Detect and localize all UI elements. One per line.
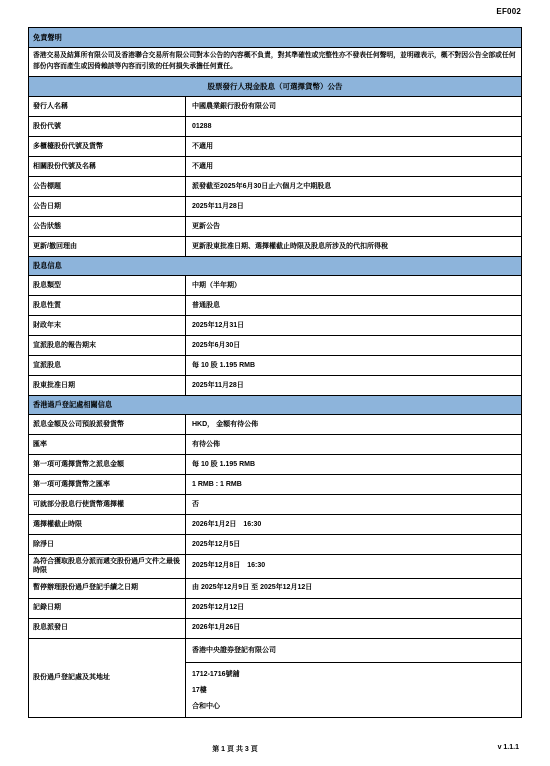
address-line: 1712-1716號舖 xyxy=(192,666,515,682)
field-label: 宣派股息的報告期末 xyxy=(29,336,186,355)
row-record-date: 記錄日期 2025年12月12日 xyxy=(29,598,521,618)
field-value: 不適用 xyxy=(186,137,521,156)
field-value: 由 2025年12月9日 至 2025年12月12日 xyxy=(186,579,521,598)
field-label: 股東批准日期 xyxy=(29,376,186,395)
field-value: 2025年11月28日 xyxy=(186,376,521,395)
row-ex-dividend-date: 除淨日 2025年12月5日 xyxy=(29,534,521,554)
row-partial-election-option: 可就部分股息行使貨幣選擇權 否 xyxy=(29,494,521,514)
disclaimer-text: 香港交易及結算所有限公司及香港聯合交易所有限公司對本公告的內容概不負責，對其準確… xyxy=(29,48,521,76)
field-label: 公告日期 xyxy=(29,197,186,216)
field-label: 公告標題 xyxy=(29,177,186,196)
row-dividend-type: 股息類型 中期（半年期） xyxy=(29,275,521,295)
field-value: 1 RMB : 1 RMB xyxy=(186,475,521,494)
announcement-form-table: 免責聲明 香港交易及結算所有限公司及香港聯合交易所有限公司對本公告的內容概不負責… xyxy=(28,27,522,718)
field-value: 有待公佈 xyxy=(186,435,521,454)
row-issuer-name: 發行人名稱 中國農業銀行股份有限公司 xyxy=(29,96,521,116)
row-share-registrar-address: 股份過戶登記處及其地址 香港中央證券登記有限公司 1712-1716號舖 17樓… xyxy=(29,638,521,717)
row-announcement-status: 公告狀態 更新公告 xyxy=(29,216,521,236)
form-code: EF002 xyxy=(496,7,521,16)
form-version: v 1.1.1 xyxy=(498,744,519,751)
field-label: 股息類型 xyxy=(29,276,186,295)
registrar-details: 香港中央證券登記有限公司 1712-1716號舖 17樓 合和中心 xyxy=(186,639,521,717)
field-label: 相關股份代號及名稱 xyxy=(29,157,186,176)
row-stock-code: 股份代號 01288 xyxy=(29,116,521,136)
address-line: 17樓 xyxy=(192,682,515,698)
field-value: 2025年12月8日 16:30 xyxy=(186,555,521,578)
registrar-address: 1712-1716號舖 17樓 合和中心 xyxy=(186,663,521,717)
field-value: 2025年12月31日 xyxy=(186,316,521,335)
row-option-1-exchange-rate: 第一項可選擇貨幣之匯率 1 RMB : 1 RMB xyxy=(29,474,521,494)
field-label: 記錄日期 xyxy=(29,599,186,618)
field-value: 更新公告 xyxy=(186,217,521,236)
field-label: 匯率 xyxy=(29,435,186,454)
row-related-stock: 相關股份代號及名稱 不適用 xyxy=(29,156,521,176)
field-label: 股份過戶登記處及其地址 xyxy=(29,639,186,717)
field-value: 2025年12月5日 xyxy=(186,535,521,554)
field-value: 每 10 股 1.195 RMB xyxy=(186,356,521,375)
page-number: 第 1 頁 共 3 頁 xyxy=(0,744,470,754)
field-value: 派發截至2025年6月30日止六個月之中期股息 xyxy=(186,177,521,196)
field-label: 股份代號 xyxy=(29,117,186,136)
row-reporting-period-end: 宣派股息的報告期末 2025年6月30日 xyxy=(29,335,521,355)
field-value: 中期（半年期） xyxy=(186,276,521,295)
field-value: 更新股東批准日期、選擇權截止時限及股息所涉及的代扣所得稅 xyxy=(186,237,521,256)
row-multi-counter-code: 多櫃檯股份代號及貨幣 不適用 xyxy=(29,136,521,156)
row-payment-currency: 派息金額及公司預設派發貨幣 HKD， 金額有待公佈 xyxy=(29,414,521,434)
row-shareholder-approval-date: 股東批准日期 2025年11月28日 xyxy=(29,375,521,395)
field-value: 2025年12月12日 xyxy=(186,599,521,618)
field-value: HKD， 金額有待公佈 xyxy=(186,415,521,434)
field-label: 股息派發日 xyxy=(29,619,186,638)
field-label: 除淨日 xyxy=(29,535,186,554)
row-option-1-dividend-amount: 第一項可選擇貨幣之派息金額 每 10 股 1.195 RMB xyxy=(29,454,521,474)
field-value: 普通股息 xyxy=(186,296,521,315)
section-header-disclaimer: 免責聲明 xyxy=(29,28,521,47)
field-value: 每 10 股 1.195 RMB xyxy=(186,455,521,474)
field-label: 選擇權截止時限 xyxy=(29,515,186,534)
field-value: 2026年1月2日 16:30 xyxy=(186,515,521,534)
field-label: 股息性質 xyxy=(29,296,186,315)
field-label: 公告狀態 xyxy=(29,217,186,236)
field-label: 更新/撤回理由 xyxy=(29,237,186,256)
field-value: 2025年6月30日 xyxy=(186,336,521,355)
field-label: 可就部分股息行使貨幣選擇權 xyxy=(29,495,186,514)
field-label: 第一項可選擇貨幣之匯率 xyxy=(29,475,186,494)
row-announcement-title: 公告標題 派發截至2025年6月30日止六個月之中期股息 xyxy=(29,176,521,196)
field-label: 暫停辦理股份過戶登記手續之日期 xyxy=(29,579,186,598)
form-title: 股票發行人現金股息（可選擇貨幣）公告 xyxy=(29,76,521,96)
field-label: 發行人名稱 xyxy=(29,97,186,116)
field-label: 宣派股息 xyxy=(29,356,186,375)
row-election-deadline: 選擇權截止時限 2026年1月2日 16:30 xyxy=(29,514,521,534)
row-book-closure-period: 暫停辦理股份過戶登記手續之日期 由 2025年12月9日 至 2025年12月1… xyxy=(29,578,521,598)
field-label: 第一項可選擇貨幣之派息金額 xyxy=(29,455,186,474)
row-exchange-rate: 匯率 有待公佈 xyxy=(29,434,521,454)
field-value: 中國農業銀行股份有限公司 xyxy=(186,97,521,116)
row-transfer-document-deadline: 為符合獲取股息分派而遞交股份過戶文件之最後時限 2025年12月8日 16:30 xyxy=(29,554,521,578)
row-announcement-date: 公告日期 2025年11月28日 xyxy=(29,196,521,216)
field-value: 不適用 xyxy=(186,157,521,176)
field-label: 派息金額及公司預設派發貨幣 xyxy=(29,415,186,434)
row-payment-date: 股息派發日 2026年1月26日 xyxy=(29,618,521,638)
row-update-reason: 更新/撤回理由 更新股東批准日期、選擇權截止時限及股息所涉及的代扣所得稅 xyxy=(29,236,521,256)
section-header-hk-registrar-info: 香港過戶登記處相關信息 xyxy=(29,395,521,414)
row-dividend-nature: 股息性質 普通股息 xyxy=(29,295,521,315)
row-fiscal-year-end: 財政年末 2025年12月31日 xyxy=(29,315,521,335)
registrar-name: 香港中央證券登記有限公司 xyxy=(186,639,521,663)
field-label: 多櫃檯股份代號及貨幣 xyxy=(29,137,186,156)
field-label: 財政年末 xyxy=(29,316,186,335)
field-value: 2025年11月28日 xyxy=(186,197,521,216)
field-value: 2026年1月26日 xyxy=(186,619,521,638)
row-dividend-declared: 宣派股息 每 10 股 1.195 RMB xyxy=(29,355,521,375)
field-value: 01288 xyxy=(186,117,521,136)
address-line: 合和中心 xyxy=(192,698,515,714)
field-value: 否 xyxy=(186,495,521,514)
section-header-dividend-info: 股息信息 xyxy=(29,256,521,275)
field-label: 為符合獲取股息分派而遞交股份過戶文件之最後時限 xyxy=(29,555,186,578)
